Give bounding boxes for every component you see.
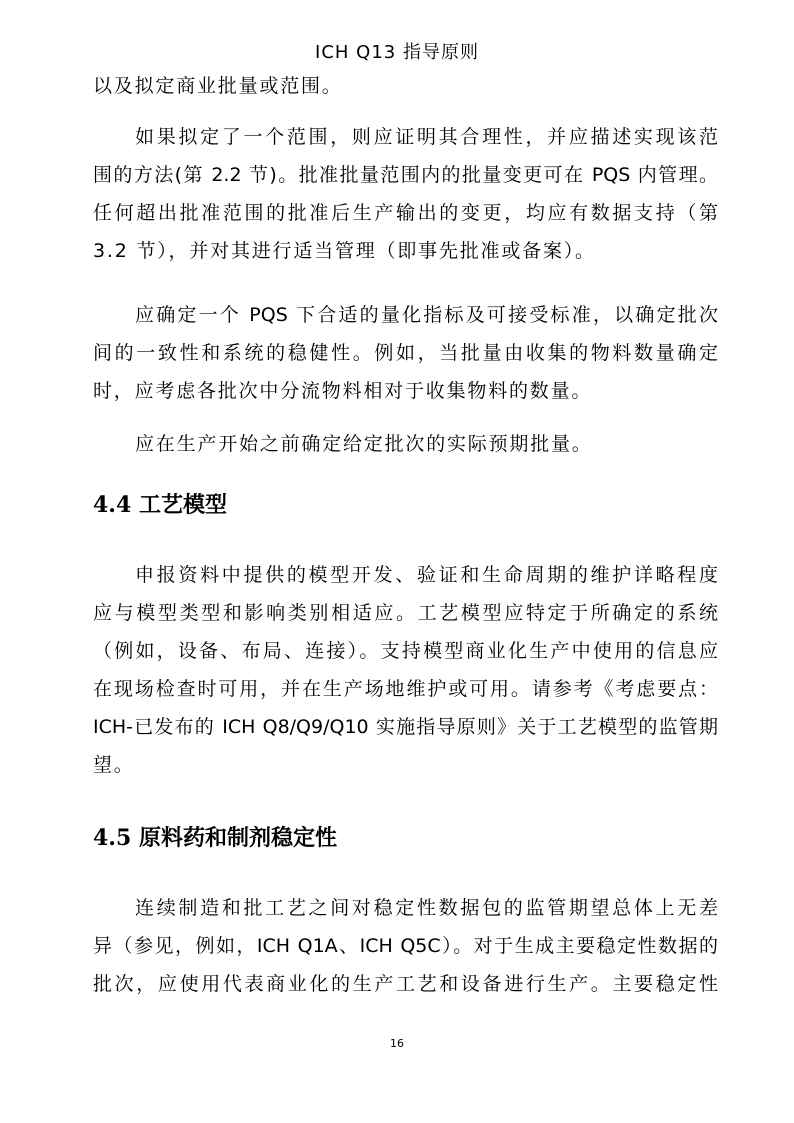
section-title: 工艺模型 [139,492,227,518]
page-number: 16 [0,1037,794,1050]
paragraph-line: 以及拟定商业批量或范围。 [93,73,718,99]
paragraph-line: 申报资料中提供的模型开发、验证和生命周期的维护详略程度 [135,562,718,588]
paragraph-line: 3.2 节），并对其进行适当管理（即事先批准或备案）。 [93,238,718,264]
paragraph-line: 围的方法(第 2.2 节)。批准批量范围内的批量变更可在 PQS 内管理。 [93,162,718,188]
paragraph-line: 应与模型类型和影响类别相适应。工艺模型应特定于所确定的系统 [93,600,718,626]
paragraph-line: 应在生产开始之前确定给定批次的实际预期批量。 [135,431,718,457]
paragraph-line: 异（参见，例如，ICH Q1A、ICH Q5C）。对于生成主要稳定性数据的 [93,933,718,959]
paragraph-line: 时，应考虑各批次中分流物料相对于收集物料的数量。 [93,378,718,404]
paragraph-line: 任何超出批准范围的批准后生产输出的变更，均应有数据支持（第 [93,200,718,226]
paragraph-line: 应确定一个 PQS 下合适的量化指标及可接受标准，以确定批次 [135,302,718,328]
paragraph-line: 望。 [93,752,718,778]
section-title: 原料药和制剂稳定性 [139,825,337,851]
paragraph-line: （例如，设备、布局、连接）。支持模型商业化生产中使用的信息应 [93,638,718,664]
paragraph-line: ICH-已发布的 ICH Q8/Q9/Q10 实施指导原则》关于工艺模型的监管期 [93,714,718,740]
paragraph-line: 如果拟定了一个范围，则应证明其合理性，并应描述实现该范 [135,124,718,150]
paragraph-line: 批次，应使用代表商业化的生产工艺和设备进行生产。主要稳定性 [93,971,718,997]
section-number: 4.5 [93,823,139,853]
section-heading-4-5: 4.5原料药和制剂稳定性 [93,823,337,853]
section-heading-4-4: 4.4工艺模型 [93,490,227,520]
paragraph-line: 连续制造和批工艺之间对稳定性数据包的监管期望总体上无差 [135,895,718,921]
paragraph-line: 在现场检查时可用，并在生产场地维护或可用。请参考《考虑要点： [93,676,718,702]
paragraph-line: 间的一致性和系统的稳健性。例如，当批量由收集的物料数量确定 [93,340,718,366]
page-header: ICH Q13 指导原则 [0,40,794,66]
section-number: 4.4 [93,490,139,520]
